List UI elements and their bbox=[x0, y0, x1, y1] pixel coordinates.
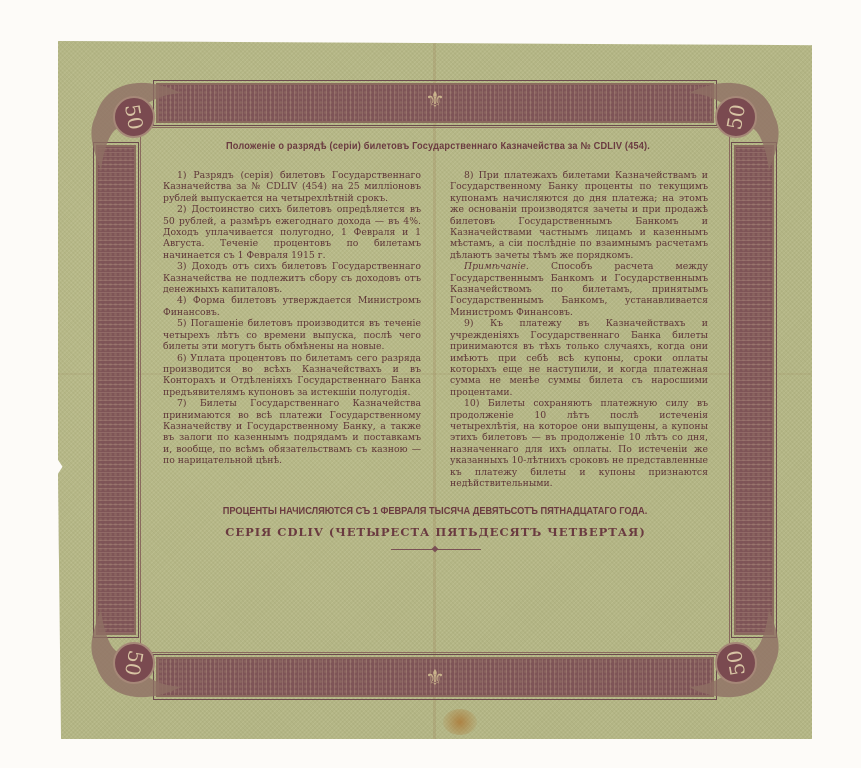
clause-2: 2) Достоинство сихъ билетовъ опредѣляетс… bbox=[163, 204, 421, 261]
clause-note: Примѣчаніе. Способъ расчета между Госуда… bbox=[450, 261, 708, 318]
series-statement: СЕРІЯ CDLIV (ЧЕТЫРЕСТА ПЯТЬДЕСЯТЪ ЧЕТВЕР… bbox=[163, 525, 708, 539]
regulations-title: Положеніе о разрядѣ (серіи) билетовъ Гос… bbox=[213, 141, 664, 152]
note-label: Примѣчаніе. bbox=[464, 261, 529, 272]
clause-5: 5) Погашеніе билетовъ производится въ те… bbox=[163, 318, 421, 352]
clause-7: 7) Билеты Государственнаго Казначейства … bbox=[163, 398, 421, 466]
frame-band-left bbox=[96, 145, 136, 635]
fleur-ornament-top: ⚜ bbox=[423, 83, 447, 119]
clause-10: 10) Билеты сохраняютъ платежную силу въ … bbox=[450, 398, 708, 489]
corner-ornament-bottom-left: 50 bbox=[86, 595, 196, 705]
clause-4: 4) Форма билетовъ утверждается Министром… bbox=[163, 295, 421, 318]
corner-ornament-bottom-right: 50 bbox=[674, 595, 784, 705]
denomination-text: 50 bbox=[722, 648, 750, 677]
denomination-text: 50 bbox=[120, 648, 148, 677]
decorative-rule bbox=[391, 545, 481, 553]
right-column: 8) При платежахъ билетами Казначействамъ… bbox=[450, 170, 708, 489]
interest-statement: ПРОЦЕНТЫ НАЧИСЛЯЮТСЯ СЪ 1 ФЕВРАЛЯ ТЫСЯЧА… bbox=[180, 505, 690, 517]
clause-8: 8) При платежахъ билетами Казначействамъ… bbox=[450, 170, 708, 261]
regulations-text-block: Положеніе о разрядѣ (серіи) билетовъ Гос… bbox=[163, 141, 708, 553]
denomination-text: 50 bbox=[722, 102, 750, 131]
clause-6: 6) Уплата процентовъ по билетамъ сего ра… bbox=[163, 353, 421, 399]
fleur-ornament-bottom: ⚜ bbox=[423, 661, 447, 697]
clause-9: 9) Къ платежу въ Казначействахъ и учрежд… bbox=[450, 318, 708, 398]
clause-3: 3) Доходъ отъ сихъ билетовъ Государствен… bbox=[163, 261, 421, 295]
clause-1: 1) Разрядъ (серія) билетовъ Государствен… bbox=[163, 170, 421, 204]
stain bbox=[443, 709, 477, 735]
banknote: ⚜ ⚜ 50 50 50 bbox=[58, 41, 812, 739]
frame-band-right bbox=[734, 145, 774, 635]
denomination-text: 50 bbox=[120, 102, 148, 131]
left-column: 1) Разрядъ (серія) билетовъ Государствен… bbox=[163, 170, 421, 489]
